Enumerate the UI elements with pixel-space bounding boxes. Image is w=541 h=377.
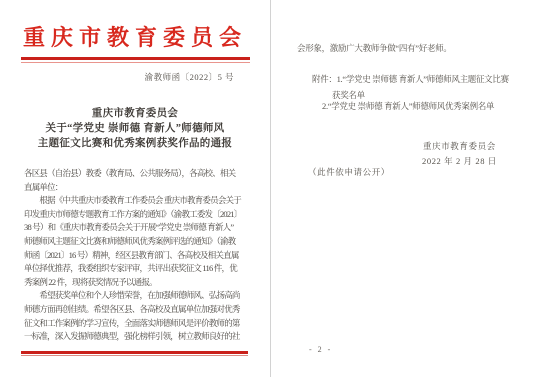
document-title-line-2: 关于“学党史 崇师德 育新人”师德师风: [0, 121, 270, 136]
body-line: 直属单位：: [24, 181, 250, 195]
body-line: 会形象，激励广大教师争做“四有”好老师。: [297, 42, 452, 54]
body-line: 38 号）和《重庆市教育委员会关于开展“学党史 崇师德 育新人”: [24, 221, 250, 235]
body-line: 师德师风主题征文比赛和师德师风优秀案例评选的通知》（渝教: [24, 235, 250, 249]
attachment-line: 2.“学党史 崇师德 育新人”师德师风优秀案例名单: [322, 100, 494, 112]
issue-date: 2022 年 2 月 28 日: [422, 155, 497, 167]
document-page-2: 会形象，激励广大教师争做“四有”好老师。 附件：1.“学党史 崇师德 育新人”师…: [271, 0, 541, 377]
body-line: 印发重庆市师德专题教育工作方案的通知》（渝教工委发〔2021〕: [24, 208, 250, 222]
body-line: 一标准，深入发掘师德典型，强化榜样引领，树立教师良好的社: [24, 330, 250, 344]
body-line: 征文和工作案例的学习宣传，全面落实师德师风是评价教师的第: [24, 317, 250, 331]
body-text: 各区县（自治县）教委（教育局、公共服务局），各高校、相关 直属单位： 根据《中共…: [24, 167, 250, 344]
disclosure-note: （此件依申请公开）: [308, 166, 390, 178]
document-title: 重庆市教育委员会 关于“学党史 崇师德 育新人”师德师风 主题征文比赛和优秀案例…: [0, 106, 270, 151]
body-line: 希望获奖单位和个人珍惜荣誉，在加强师德师风、弘扬高尚: [24, 289, 250, 303]
scanned-document: 重庆市教育委员会 渝教师函〔2022〕5 号 重庆市教育委员会 关于“学党史 崇…: [0, 0, 541, 377]
document-title-line-1: 重庆市教育委员会: [0, 106, 270, 121]
page-number: - 2 -: [309, 344, 332, 356]
attachment-line: 附件：1.“学党史 崇师德 育新人”师德师风主题征文比赛: [312, 73, 509, 85]
letterhead-title: 重庆市教育委员会: [0, 25, 270, 51]
letterhead-rule-shadow: [21, 62, 250, 63]
issuer-name: 重庆市教育委员会: [423, 140, 496, 152]
document-title-line-3: 主题征文比赛和优秀案例获奖作品的通报: [0, 136, 270, 151]
doc-number: 渝教师函〔2022〕5 号: [0, 71, 234, 83]
body-line: 师函〔2021〕16 号）精神，经区县教育部门、各高校及相关直属: [24, 249, 250, 263]
body-line: 单位择优推荐，我委组织专家评审，共评出获奖征文 116 件，优: [24, 262, 250, 276]
page1-footer-rule-shadow: [21, 355, 248, 356]
body-line: 各区县（自治县）教委（教育局、公共服务局），各高校、相关: [24, 167, 250, 181]
letterhead-rule: [21, 57, 250, 60]
body-line: 根据《中共重庆市委教育工作委员会 重庆市教育委员会关于: [24, 194, 250, 208]
document-page-1: 重庆市教育委员会 渝教师函〔2022〕5 号 重庆市教育委员会 关于“学党史 崇…: [0, 0, 270, 377]
page1-footer-rule: [21, 351, 248, 354]
body-line: 秀案例 22 件，现将获奖情况予以通报。: [24, 276, 250, 290]
body-line: 师德方面再创佳绩。希望各区县、各高校及直属单位加强对优秀: [24, 303, 250, 317]
